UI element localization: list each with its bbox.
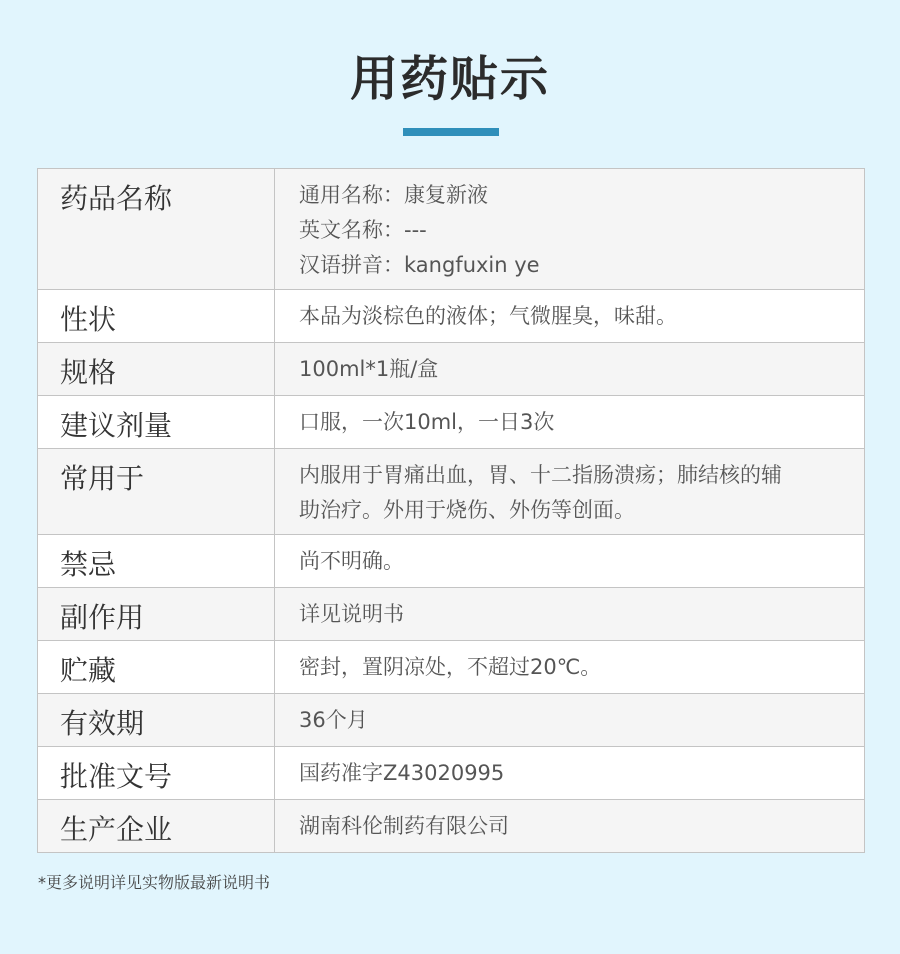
row-label: 副作用	[60, 588, 274, 635]
row-label-cell: 建议剂量	[38, 396, 275, 449]
page-title: 用药贴示	[0, 48, 900, 110]
row-label: 常用于	[60, 449, 274, 496]
row-value-cell: 密封，置阴凉处，不超过20℃。	[275, 641, 865, 694]
row-value: 密封，置阴凉处，不超过20℃。	[299, 650, 846, 685]
row-label: 有效期	[60, 694, 274, 741]
row-value-cell: 36个月	[275, 694, 865, 747]
table-row-approval-number: 批准文号 国药准字Z43020995	[38, 747, 865, 800]
footnote: *更多说明详见实物版最新说明书	[38, 870, 270, 893]
table-row-dosage: 建议剂量 口服，一次10ml，一日3次	[38, 396, 865, 449]
row-value: 湖南科伦制药有限公司	[299, 809, 846, 844]
medication-info-table: 药品名称 通用名称：康复新液 英文名称：--- 汉语拼音：kangfuxin y…	[37, 168, 865, 853]
english-name: 英文名称：---	[299, 213, 846, 248]
row-label-cell: 常用于	[38, 449, 275, 535]
table-row-manufacturer: 生产企业 湖南科伦制药有限公司	[38, 800, 865, 853]
row-label-cell: 批准文号	[38, 747, 275, 800]
row-label: 批准文号	[60, 747, 274, 794]
row-label: 贮藏	[60, 641, 274, 688]
row-value: 本品为淡棕色的液体；气微腥臭，味甜。	[299, 299, 846, 334]
table-row-specification: 规格 100ml*1瓶/盒	[38, 343, 865, 396]
row-value: 36个月	[299, 703, 846, 738]
row-value-cell: 内服用于胃痛出血，胃、十二指肠溃疡；肺结核的辅 助治疗。外用于烧伤、外伤等创面。	[275, 449, 865, 535]
row-label: 规格	[60, 343, 274, 390]
row-value-line: 助治疗。外用于烧伤、外伤等创面。	[299, 493, 846, 528]
row-value-cell: 尚不明确。	[275, 535, 865, 588]
title-underline-bar	[403, 128, 499, 136]
row-value-cell: 国药准字Z43020995	[275, 747, 865, 800]
row-value: 口服，一次10ml，一日3次	[299, 405, 846, 440]
row-label-cell: 禁忌	[38, 535, 275, 588]
row-value: 国药准字Z43020995	[299, 756, 846, 791]
row-label: 建议剂量	[60, 396, 274, 443]
row-label-cell: 性状	[38, 290, 275, 343]
table-row-appearance: 性状 本品为淡棕色的液体；气微腥臭，味甜。	[38, 290, 865, 343]
row-value: 100ml*1瓶/盒	[299, 352, 846, 387]
row-label-cell: 副作用	[38, 588, 275, 641]
table-row-storage: 贮藏 密封，置阴凉处，不超过20℃。	[38, 641, 865, 694]
table-row-contraindications: 禁忌 尚不明确。	[38, 535, 865, 588]
row-value-cell: 通用名称：康复新液 英文名称：--- 汉语拼音：kangfuxin ye	[275, 169, 865, 290]
row-value-cell: 100ml*1瓶/盒	[275, 343, 865, 396]
table-row-indications: 常用于 内服用于胃痛出血，胃、十二指肠溃疡；肺结核的辅 助治疗。外用于烧伤、外伤…	[38, 449, 865, 535]
row-label-cell: 规格	[38, 343, 275, 396]
generic-name: 通用名称：康复新液	[299, 178, 846, 213]
row-value: 尚不明确。	[299, 544, 846, 579]
row-label-cell: 药品名称	[38, 169, 275, 290]
row-value-cell: 本品为淡棕色的液体；气微腥臭，味甜。	[275, 290, 865, 343]
row-label-cell: 贮藏	[38, 641, 275, 694]
row-value-cell: 详见说明书	[275, 588, 865, 641]
row-label-cell: 生产企业	[38, 800, 275, 853]
row-value: 详见说明书	[299, 597, 846, 632]
row-value-cell: 湖南科伦制药有限公司	[275, 800, 865, 853]
row-label: 生产企业	[60, 800, 274, 847]
table-row-side-effects: 副作用 详见说明书	[38, 588, 865, 641]
row-value-cell: 口服，一次10ml，一日3次	[275, 396, 865, 449]
row-value-line: 内服用于胃痛出血，胃、十二指肠溃疡；肺结核的辅	[299, 458, 846, 493]
row-label-cell: 有效期	[38, 694, 275, 747]
table-row-shelf-life: 有效期 36个月	[38, 694, 865, 747]
row-label: 禁忌	[60, 535, 274, 582]
row-label: 药品名称	[60, 169, 274, 216]
table-row-drug-name: 药品名称 通用名称：康复新液 英文名称：--- 汉语拼音：kangfuxin y…	[38, 169, 865, 290]
pinyin-name: 汉语拼音：kangfuxin ye	[299, 248, 846, 283]
row-label: 性状	[60, 290, 274, 337]
